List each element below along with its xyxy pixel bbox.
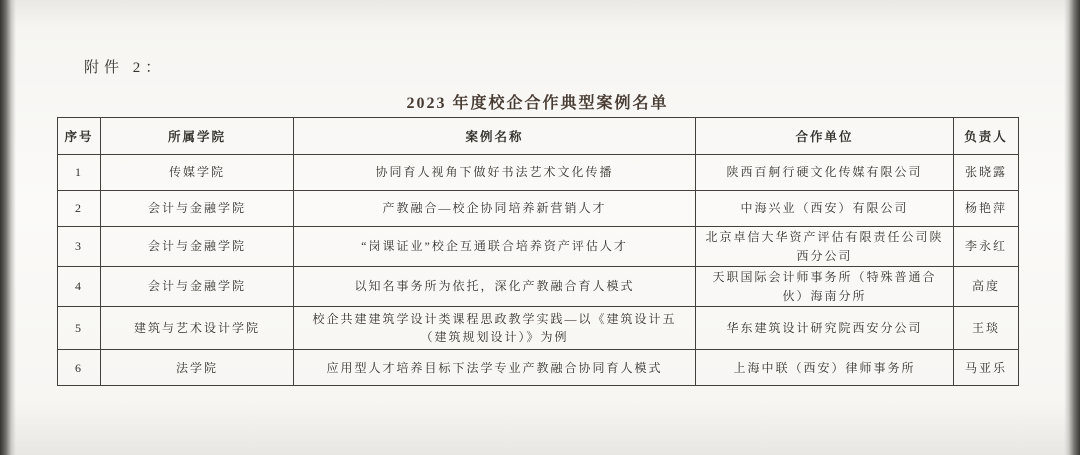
cell-case-name: 校企共建建筑学设计类课程思政教学实践—以《建筑设计五（建筑规划设计）》为例 [294,307,696,350]
table-body: 1 传媒学院 协同育人视角下做好书法艺术文化传播 陕西百舸行硬文化传媒有限公司 … [58,155,1019,386]
cell-partner: 陕西百舸行硬文化传媒有限公司 [696,155,954,191]
cell-leader: 高度 [954,267,1019,307]
cell-partner: 上海中联（西安）律师事务所 [696,350,954,386]
header-no: 序号 [58,118,101,155]
cell-no: 1 [58,155,101,191]
page-right-edge-shadow [1064,0,1080,455]
header-leader: 负责人 [954,118,1019,155]
cell-partner: 中海兴业（西安）有限公司 [696,191,954,227]
attachment-label: 附件 2： [84,56,165,77]
header-case-name: 案例名称 [294,118,696,155]
table-row: 3 会计与金融学院 “岗课证业”校企互通联合培养资产评估人才 北京卓信大华资产评… [58,227,1019,267]
cell-case-name: “岗课证业”校企互通联合培养资产评估人才 [294,227,696,267]
header-partner: 合作单位 [696,118,954,155]
cell-no: 3 [58,227,101,267]
cell-leader: 李永红 [954,227,1019,267]
scanned-document-page: 附件 2： 2023 年度校企合作典型案例名单 序号 所属学院 案例名称 合作单… [0,0,1080,455]
cell-leader: 杨艳萍 [954,191,1019,227]
document-title: 2023 年度校企合作典型案例名单 [57,90,1018,113]
cell-college: 会计与金融学院 [101,267,294,307]
cell-college: 法学院 [101,350,294,386]
table-header-row: 序号 所属学院 案例名称 合作单位 负责人 [58,118,1019,155]
cell-leader: 王琰 [954,307,1019,350]
cell-leader: 张晓露 [954,155,1019,191]
cell-partner: 华东建筑设计研究院西安分公司 [696,307,954,350]
table-row: 6 法学院 应用型人才培养目标下法学专业产教融合协同育人模式 上海中联（西安）律… [58,350,1019,386]
cell-no: 2 [58,191,101,227]
cell-case-name: 协同育人视角下做好书法艺术文化传播 [294,155,696,191]
cell-case-name: 应用型人才培养目标下法学专业产教融合协同育人模式 [294,350,696,386]
table-row: 2 会计与金融学院 产教融合—校企协同培养新营销人才 中海兴业（西安）有限公司 … [58,191,1019,227]
cell-partner: 天职国际会计师事务所（特殊普通合伙）海南分所 [696,267,954,307]
cell-no: 4 [58,267,101,307]
cases-table: 序号 所属学院 案例名称 合作单位 负责人 1 传媒学院 协同育人视角下做好书法… [57,117,1019,386]
cell-case-name: 以知名事务所为依托，深化产教融合育人模式 [294,267,696,307]
page-left-edge-shadow [0,0,16,455]
cell-college: 会计与金融学院 [101,191,294,227]
header-college: 所属学院 [101,118,294,155]
cell-case-name: 产教融合—校企协同培养新营销人才 [294,191,696,227]
cell-college: 会计与金融学院 [101,227,294,267]
table-row: 4 会计与金融学院 以知名事务所为依托，深化产教融合育人模式 天职国际会计师事务… [58,267,1019,307]
table-row: 1 传媒学院 协同育人视角下做好书法艺术文化传播 陕西百舸行硬文化传媒有限公司 … [58,155,1019,191]
cell-college: 传媒学院 [101,155,294,191]
cell-no: 6 [58,350,101,386]
cell-no: 5 [58,307,101,350]
cell-partner: 北京卓信大华资产评估有限责任公司陕西分公司 [696,227,954,267]
table-row: 5 建筑与艺术设计学院 校企共建建筑学设计类课程思政教学实践—以《建筑设计五（建… [58,307,1019,350]
cell-leader: 马亚乐 [954,350,1019,386]
cell-college: 建筑与艺术设计学院 [101,307,294,350]
